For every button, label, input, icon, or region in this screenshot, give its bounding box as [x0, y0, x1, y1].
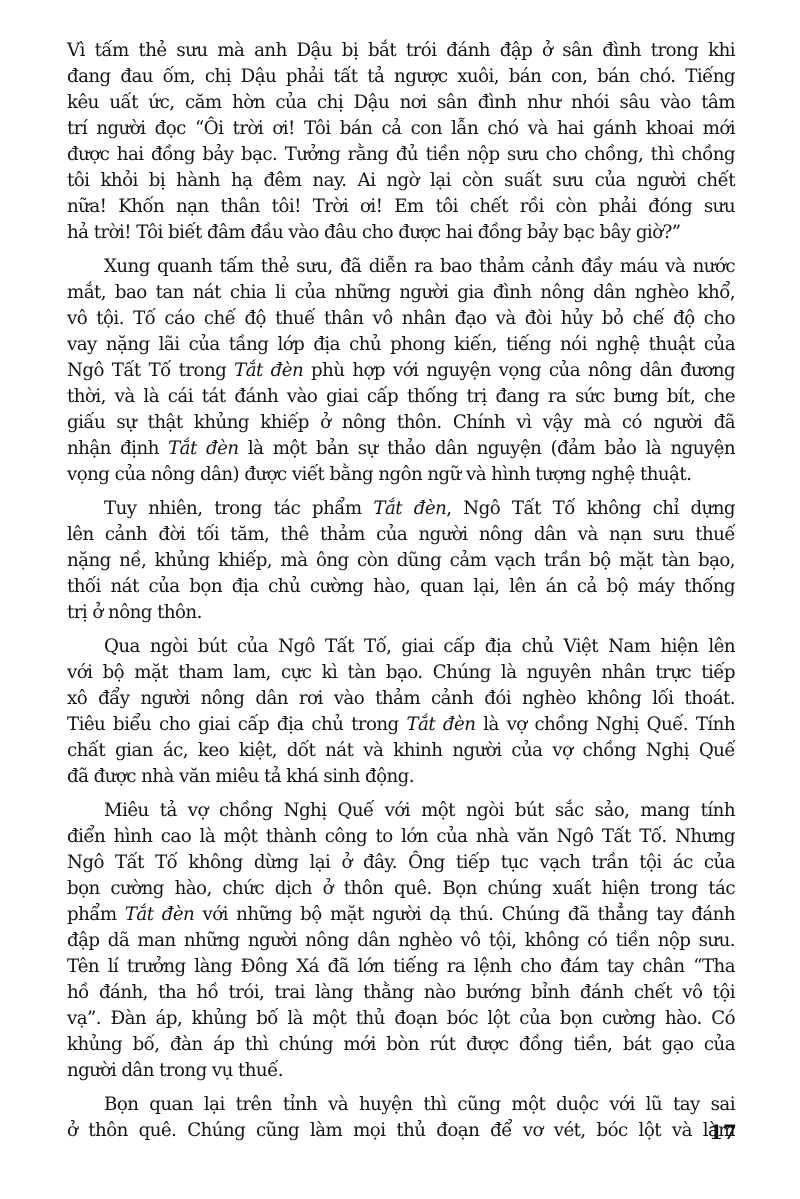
book-title: Tắt đèn: [373, 498, 446, 519]
text-line: lên cảnh đời tối tăm, thê thảm của người…: [67, 522, 735, 548]
text-line: nhận định Tắt đèn là một bản sự thảo dân…: [67, 436, 735, 462]
text-line: giấu sự thật khủng khiếp ở nông thôn. Ch…: [67, 410, 735, 436]
paragraph: Tuy nhiên, trong tác phẩm Tắt đèn, Ngô T…: [67, 496, 735, 626]
paragraph: Miêu tả vợ chồng Nghị Quế với một ngòi b…: [67, 798, 735, 1084]
text-line: đã được nhà văn miêu tả khá sinh động.: [67, 764, 735, 790]
text-line: Ngô Tất Tố không dừng lại ở đây. Ông tiế…: [67, 850, 735, 876]
text-line: Xung quanh tấm thẻ sưu, đã diễn ra bao t…: [67, 254, 735, 280]
text-line: vạ”. Đàn áp, khủng bố là một thủ đoạn bó…: [67, 1006, 735, 1032]
paragraph: Vì tấm thẻ sưu mà anh Dậu bị bắt trói đá…: [67, 38, 735, 246]
text-line: Ngô Tất Tố trong Tắt đèn phù hợp với ngu…: [67, 358, 735, 384]
text-line: Bọn quan lại trên tỉnh và huyện thì cũng…: [67, 1092, 735, 1118]
text-line: vô tội. Tố cáo chế độ thuế thân vô nhân …: [67, 306, 735, 332]
text-line: phẩm Tắt đèn với những bộ mặt người dạ t…: [67, 902, 735, 928]
text-line: điển hình cao là một thành công to lớn c…: [67, 824, 735, 850]
text-line: nặng nề, khủng khiếp, mà ông còn dũng cả…: [67, 548, 735, 574]
text-line: Miêu tả vợ chồng Nghị Quế với một ngòi b…: [67, 798, 735, 824]
text-line: Tên lí trưởng làng Đông Xá đã lớn tiếng …: [67, 954, 735, 980]
text-line: đang đau ốm, chị Dậu phải tất tả ngược x…: [67, 64, 735, 90]
text-line: hồ đánh, tha hồ trói, trai làng thằng nà…: [67, 980, 735, 1006]
text-line: Tiêu biểu cho giai cấp địa chủ trong Tắt…: [67, 712, 735, 738]
text-line: kêu uất ức, căm hờn của chị Dậu nơi sân …: [67, 90, 735, 116]
paragraph: Qua ngòi bút của Ngô Tất Tố, giai cấp đị…: [67, 634, 735, 790]
book-title: Tắt đèn: [234, 360, 303, 381]
text-line: trí người đọc “Ôi trời ơi! Tôi bán cả co…: [67, 116, 735, 142]
text-line: vọng của nông dân) được viết bằng ngôn n…: [67, 462, 735, 488]
text-line: mắt, bao tan nát chia li của những người…: [67, 280, 735, 306]
text-line: hả trời! Tôi biết đâm đầu vào đâu cho đư…: [67, 220, 735, 246]
paragraph: Bọn quan lại trên tỉnh và huyện thì cũng…: [67, 1092, 735, 1144]
text-line: với bộ mặt tham lam, cực kì tàn bạo. Chú…: [67, 660, 735, 686]
page-number: 17: [709, 1120, 737, 1144]
paragraph: Xung quanh tấm thẻ sưu, đã diễn ra bao t…: [67, 254, 735, 488]
text-line: chất gian ác, keo kiệt, dốt nát và khinh…: [67, 738, 735, 764]
text-line: tôi khỏi bị hành hạ đêm nay. Ai ngờ lại …: [67, 168, 735, 194]
text-line: được hai đồng bảy bạc. Tưởng rằng đủ tiề…: [67, 142, 735, 168]
document-page: Vì tấm thẻ sưu mà anh Dậu bị bắt trói đá…: [67, 38, 735, 1152]
book-title: Tắt đèn: [406, 714, 475, 735]
text-line: Tuy nhiên, trong tác phẩm Tắt đèn, Ngô T…: [67, 496, 735, 522]
body-text: Vì tấm thẻ sưu mà anh Dậu bị bắt trói đá…: [67, 38, 735, 1144]
text-line: Vì tấm thẻ sưu mà anh Dậu bị bắt trói đá…: [67, 38, 735, 64]
text-line: xô đẩy người nông dân rơi vào thảm cảnh …: [67, 686, 735, 712]
text-line: đập dã man những người nông dân nghèo vô…: [67, 928, 735, 954]
text-line: ở thôn quê. Chúng cũng làm mọi thủ đoạn …: [67, 1118, 735, 1144]
text-line: khủng bố, đàn áp thì chúng mới bòn rút đ…: [67, 1032, 735, 1058]
text-line: vay nặng lãi của tầng lớp địa chủ phong …: [67, 332, 735, 358]
text-line: nữa! Khốn nạn thân tôi! Trời ơi! Em tôi …: [67, 194, 735, 220]
book-title: Tắt đèn: [168, 438, 238, 459]
text-line: Qua ngòi bút của Ngô Tất Tố, giai cấp đị…: [67, 634, 735, 660]
text-line: người dân trong vụ thuế.: [67, 1058, 735, 1084]
text-line: trị ở nông thôn.: [67, 600, 735, 626]
text-line: bọn cường hào, chức dịch ở thôn quê. Bọn…: [67, 876, 735, 902]
book-title: Tắt đèn: [125, 904, 194, 925]
text-line: thối nát của bọn địa chủ cường hào, quan…: [67, 574, 735, 600]
text-line: thời, và là cái tát đánh vào giai cấp th…: [67, 384, 735, 410]
